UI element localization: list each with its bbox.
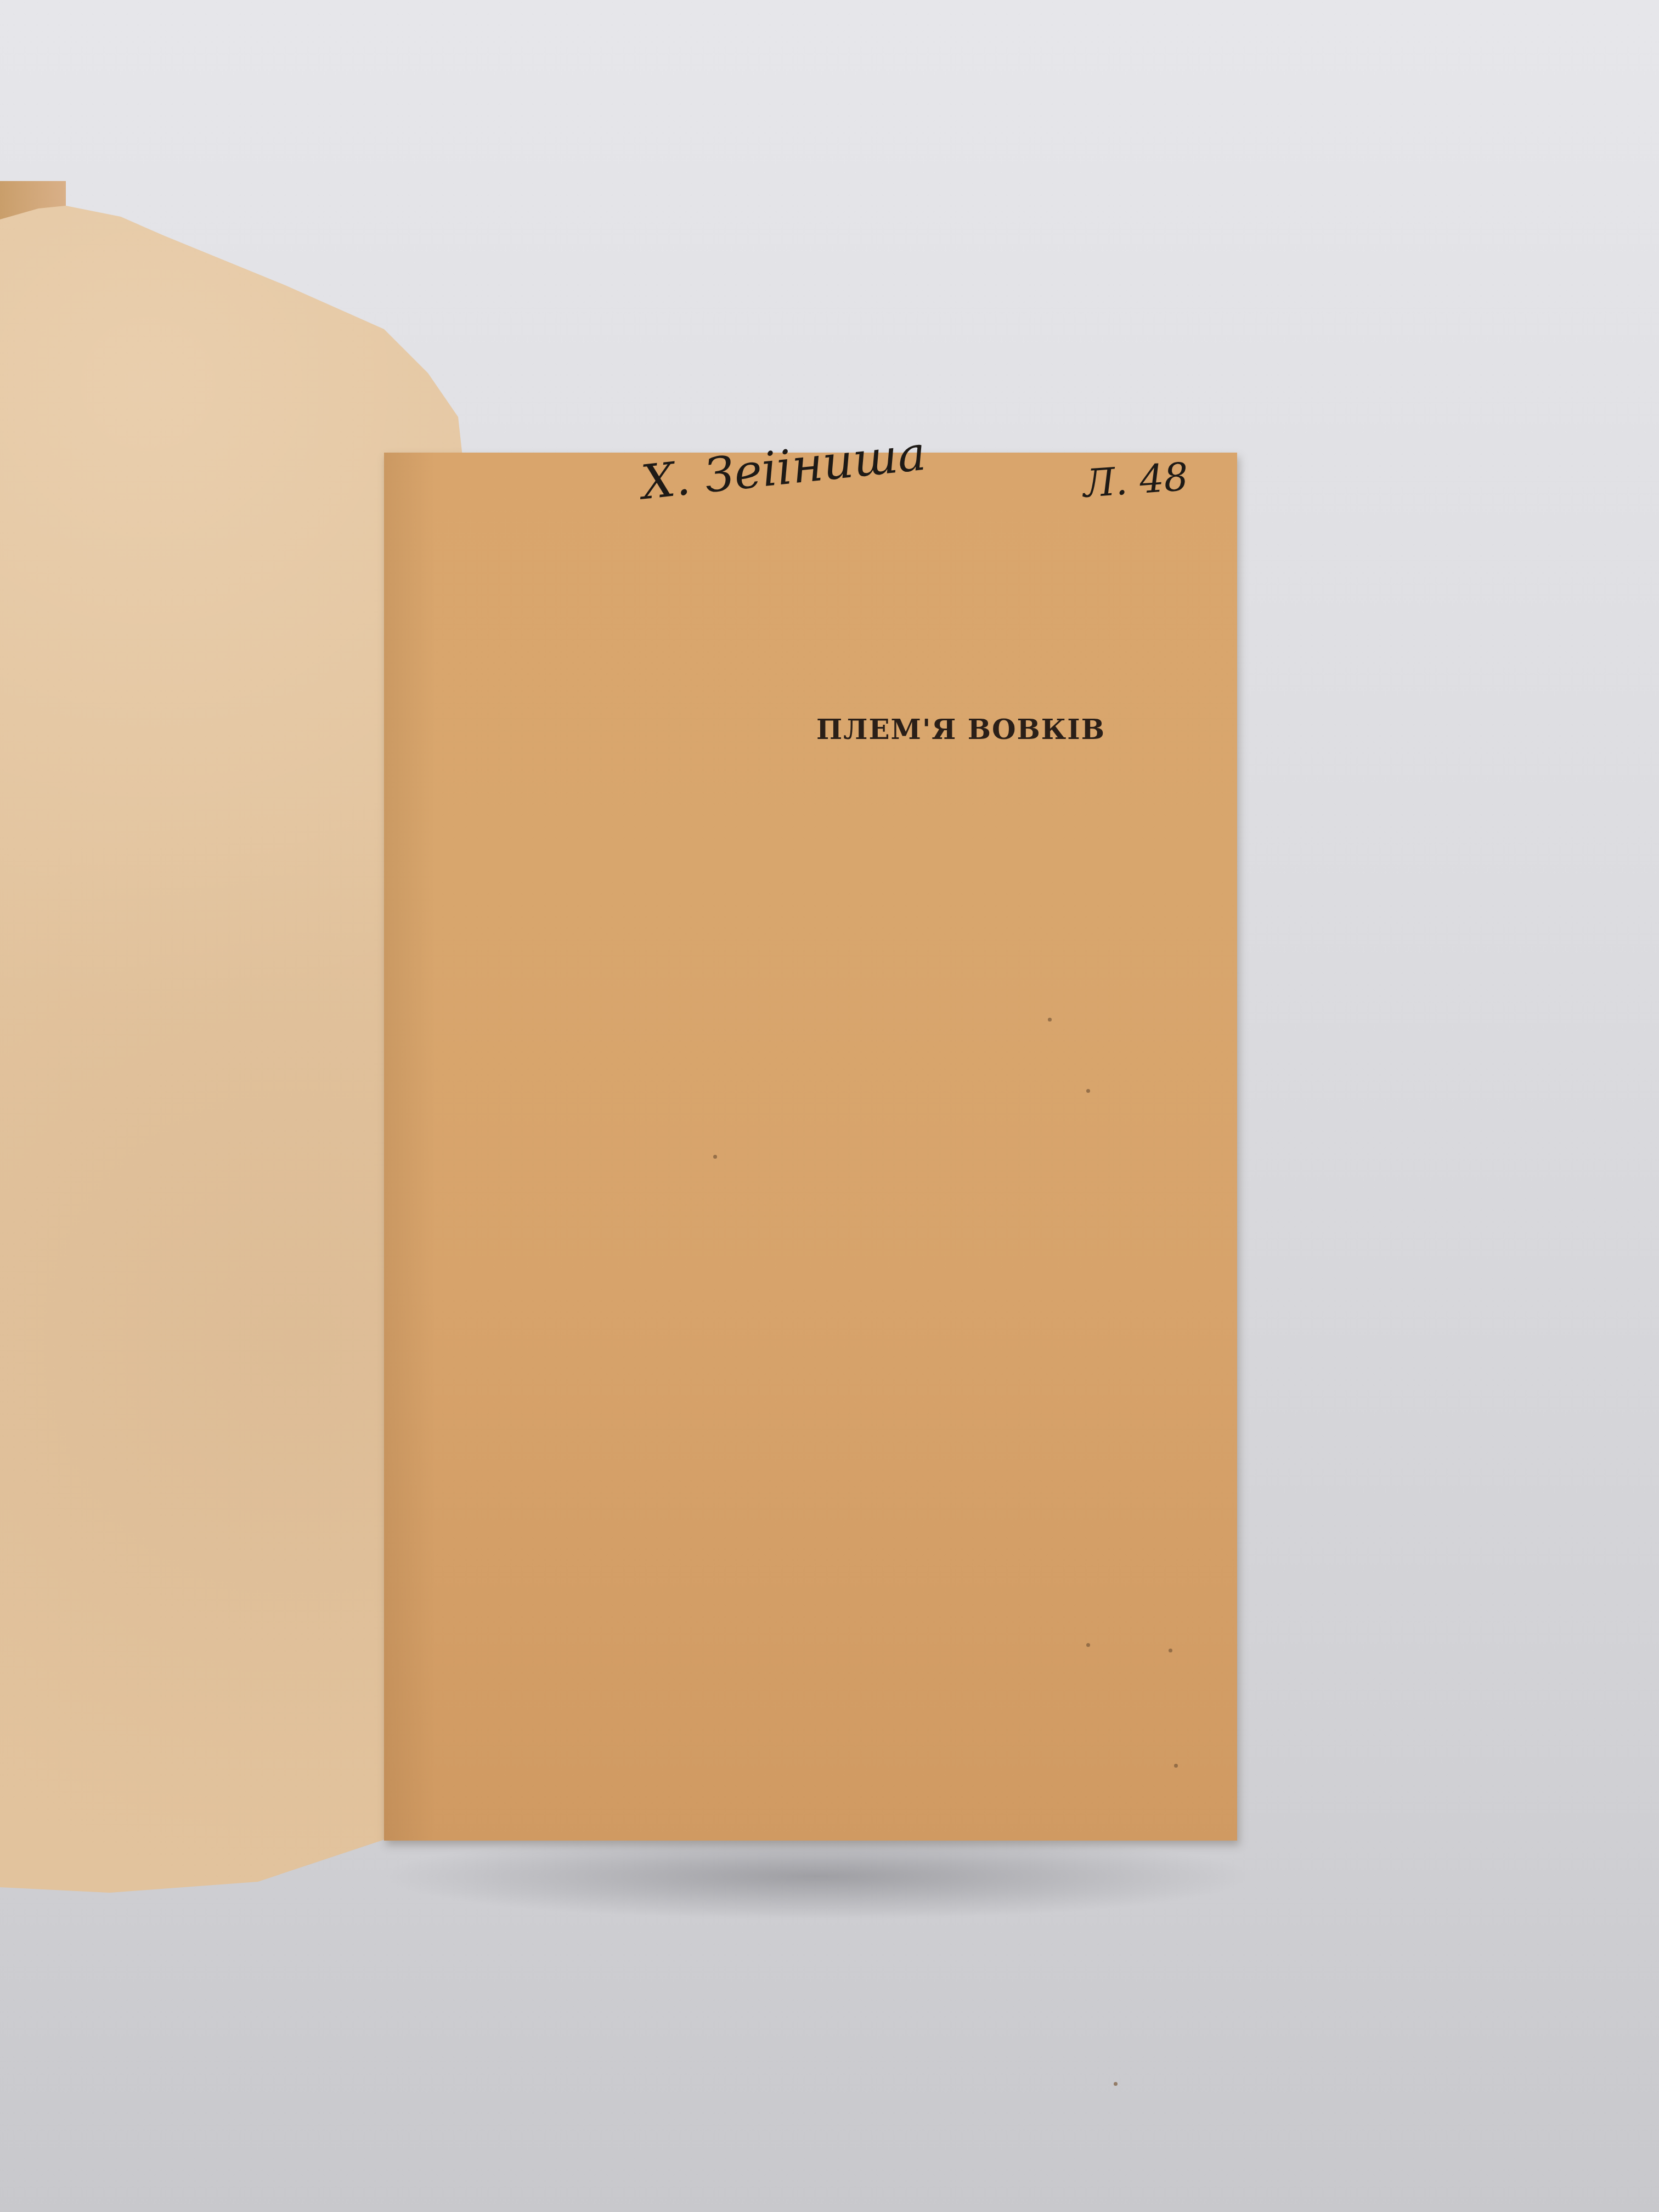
paper-speck xyxy=(713,1155,717,1159)
paper-speck xyxy=(1114,2082,1118,2086)
paper-speck xyxy=(1086,1089,1090,1093)
book-shadow xyxy=(379,1832,1256,1920)
paper-speck xyxy=(1048,1018,1052,1022)
paper-speck xyxy=(1174,1764,1178,1768)
paper-speck xyxy=(1169,1649,1172,1652)
book-title: ПЛЕМ'Я ВОВКІВ xyxy=(816,713,1124,752)
paper-speck xyxy=(1086,1643,1090,1647)
handwritten-note: Л. 48 xyxy=(1081,452,1228,522)
title-page xyxy=(384,453,1237,1841)
